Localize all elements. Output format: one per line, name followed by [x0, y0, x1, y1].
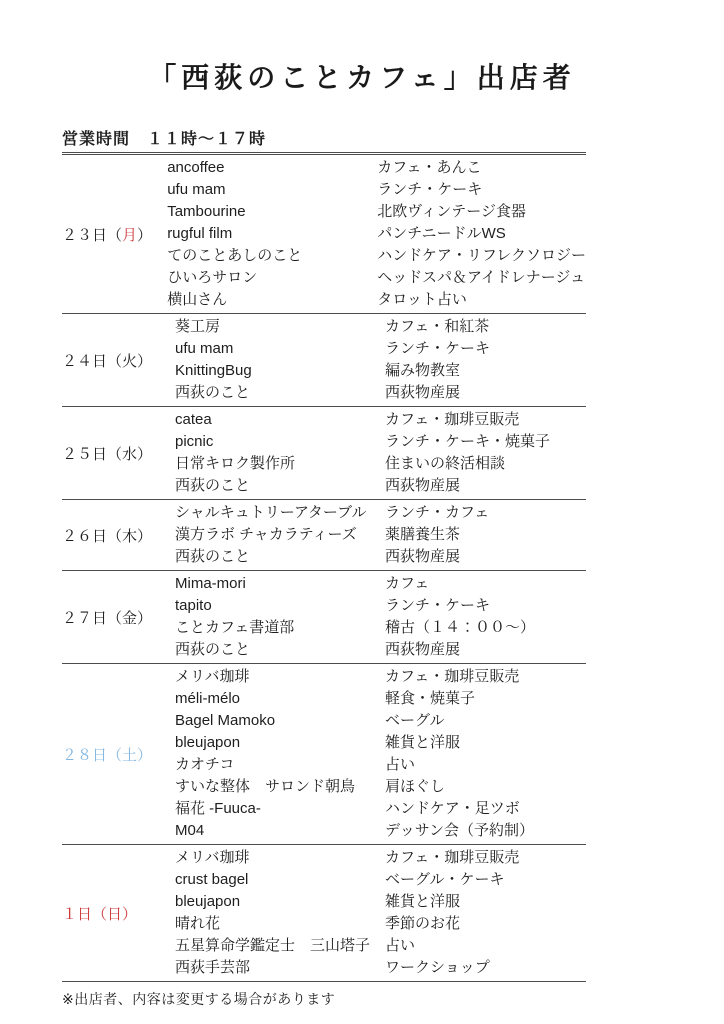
vendor-name: M04: [175, 820, 385, 842]
vendor-name: すいな整体 サロンド朝鳥: [175, 776, 385, 798]
vendor-name: 横山さん: [167, 289, 377, 311]
date-text: ）: [137, 528, 152, 545]
weekday-text: 金: [122, 610, 137, 627]
table-row: bleujapon雑貨と洋服: [175, 891, 586, 913]
vendor-name: 西荻のこと: [175, 382, 385, 404]
weekday-text: 水: [122, 446, 137, 463]
table-row: M04デッサン会（予約制）: [175, 820, 586, 842]
vendor-description: 肩ほぐし: [385, 776, 586, 798]
vendor-description: 軽食・焼菓子: [385, 688, 586, 710]
weekday-text: 月: [122, 227, 137, 244]
vendor-description: ハンドケア・足ツボ: [385, 798, 586, 820]
vendor-description: カフェ・和紅茶: [385, 316, 586, 338]
table-row: 晴れ花季節のお花: [175, 913, 586, 935]
vendor-name: Bagel Mamoko: [175, 710, 385, 732]
table-row: 西荻のこと西荻物産展: [175, 546, 586, 568]
vendor-name: 西荻のこと: [175, 475, 385, 497]
vendor-name: 葵工房: [175, 316, 385, 338]
schedule-table: ２３日（月） ancoffeeカフェ・あんこufu mamランチ・ケーキTamb…: [62, 155, 586, 982]
date-text: ）: [122, 906, 137, 923]
date-cell: １日（日）: [62, 847, 175, 979]
table-row: picnicランチ・ケーキ・焼菓子: [175, 431, 586, 453]
vendor-description: ランチ・ケーキ: [385, 338, 586, 360]
vendor-name: KnittingBug: [175, 360, 385, 382]
vendor-description: カフェ・珈琲豆販売: [385, 409, 586, 431]
table-row: メリバ珈琲カフェ・珈琲豆販売: [175, 847, 586, 869]
vendor-name: Tambourine: [167, 201, 377, 223]
vendor-description: ヘッドスパ＆アイドレナージュ: [377, 267, 586, 289]
vendor-name: picnic: [175, 431, 385, 453]
table-row: cateaカフェ・珈琲豆販売: [175, 409, 586, 431]
vendor-description: 季節のお花: [385, 913, 586, 935]
vendor-description: 薬膳養生茶: [385, 524, 586, 546]
vendor-description: 雑貨と洋服: [385, 891, 586, 913]
vendor-description: カフェ・珈琲豆販売: [385, 666, 586, 688]
vendor-name: crust bagel: [175, 869, 385, 891]
vendor-description: 稽古（１４：００〜）: [385, 617, 586, 639]
footnote: ※出店者、内容は変更する場合があります: [62, 989, 586, 1009]
vendor-description: タロット占い: [377, 289, 586, 311]
table-row: ancoffeeカフェ・あんこ: [167, 157, 586, 179]
vendor-name: 五星算命学鑑定士 三山塔子: [175, 935, 385, 957]
weekday-text: 日: [107, 906, 122, 923]
weekday-text: 火: [122, 353, 137, 370]
vendor-name: ancoffee: [167, 157, 377, 179]
date-text: ２５日（: [62, 446, 122, 463]
table-row: bleujapon雑貨と洋服: [175, 732, 586, 754]
table-row: メリバ珈琲カフェ・珈琲豆販売: [175, 666, 586, 688]
date-text: １日（: [62, 906, 107, 923]
date-text: ）: [137, 227, 152, 244]
business-hours-label: 営業時間 １１時〜１７時: [62, 126, 586, 155]
table-row: Mima-moriカフェ: [175, 573, 586, 595]
date-text: ２７日（: [62, 610, 122, 627]
day-section: ２７日（金） Mima-moriカフェtapitoランチ・ケーキことカフェ書道部…: [62, 571, 586, 664]
vendor-description: カフェ・珈琲豆販売: [385, 847, 586, 869]
date-cell: ２３日（月）: [62, 157, 167, 311]
vendor-description: 北欧ヴィンテージ食器: [377, 201, 586, 223]
vendor-description: 住まいの終活相談: [385, 453, 586, 475]
date-label: ２７日（金）: [62, 607, 152, 628]
document-page: 「西荻のことカフェ」出店者 営業時間 １１時〜１７時 ２３日（月） ancoff…: [0, 0, 724, 1024]
table-row: 五星算命学鑑定士 三山塔子占い: [175, 935, 586, 957]
table-row: 日常キロク製作所住まいの終活相談: [175, 453, 586, 475]
date-text: ２８日（: [62, 747, 122, 764]
vendor-rows: メリバ珈琲カフェ・珈琲豆販売méli-mélo軽食・焼菓子Bagel Mamok…: [175, 666, 586, 842]
vendor-name: 福花 -Fuuca-: [175, 798, 385, 820]
date-label: ２３日（月）: [62, 224, 152, 245]
table-row: KnittingBug編み物教室: [175, 360, 586, 382]
vendor-rows: シャルキュトリーアターブルランチ・カフェ漢方ラボ チャカラティーズ薬膳養生茶西荻…: [175, 502, 586, 568]
date-label: ２６日（木）: [62, 525, 152, 546]
table-row: rugful filmパンチニードルWS: [167, 223, 586, 245]
vendor-name: 晴れ花: [175, 913, 385, 935]
table-row: ことカフェ書道部稽古（１４：００〜）: [175, 617, 586, 639]
date-cell: ２７日（金）: [62, 573, 175, 661]
vendor-name: tapito: [175, 595, 385, 617]
date-cell: ２４日（火）: [62, 316, 175, 404]
table-row: ufu mamランチ・ケーキ: [175, 338, 586, 360]
vendor-name: bleujapon: [175, 732, 385, 754]
vendor-rows: cateaカフェ・珈琲豆販売picnicランチ・ケーキ・焼菓子日常キロク製作所住…: [175, 409, 586, 497]
vendor-name: カオチコ: [175, 754, 385, 776]
content-area: 営業時間 １１時〜１７時 ２３日（月） ancoffeeカフェ・あんこufu m…: [62, 126, 586, 1009]
date-text: ）: [137, 353, 152, 370]
table-row: 漢方ラボ チャカラティーズ薬膳養生茶: [175, 524, 586, 546]
vendor-description: 編み物教室: [385, 360, 586, 382]
vendor-description: 雑貨と洋服: [385, 732, 586, 754]
vendor-name: 西荻手芸部: [175, 957, 385, 979]
vendor-name: ひいろサロン: [167, 267, 377, 289]
vendor-name: メリバ珈琲: [175, 666, 385, 688]
table-row: 西荻手芸部ワークショップ: [175, 957, 586, 979]
vendor-description: 西荻物産展: [385, 639, 586, 661]
vendor-description: 西荻物産展: [385, 382, 586, 404]
table-row: tapitoランチ・ケーキ: [175, 595, 586, 617]
table-row: Tambourine北欧ヴィンテージ食器: [167, 201, 586, 223]
vendor-rows: ancoffeeカフェ・あんこufu mamランチ・ケーキTambourine北…: [167, 157, 586, 311]
vendor-rows: 葵工房カフェ・和紅茶ufu mamランチ・ケーキKnittingBug編み物教室…: [175, 316, 586, 404]
day-section: ２５日（水） cateaカフェ・珈琲豆販売picnicランチ・ケーキ・焼菓子日常…: [62, 407, 586, 500]
vendor-description: カフェ: [385, 573, 586, 595]
vendor-name: 漢方ラボ チャカラティーズ: [175, 524, 385, 546]
vendor-name: メリバ珈琲: [175, 847, 385, 869]
table-row: ufu mamランチ・ケーキ: [167, 179, 586, 201]
vendor-name: 西荻のこと: [175, 639, 385, 661]
table-row: méli-mélo軽食・焼菓子: [175, 688, 586, 710]
vendor-name: méli-mélo: [175, 688, 385, 710]
table-row: すいな整体 サロンド朝鳥肩ほぐし: [175, 776, 586, 798]
date-cell: ２６日（木）: [62, 502, 175, 568]
vendor-description: 占い: [385, 935, 586, 957]
weekday-text: 木: [122, 528, 137, 545]
vendor-description: 西荻物産展: [385, 475, 586, 497]
vendor-name: ことカフェ書道部: [175, 617, 385, 639]
date-label: ２８日（土）: [62, 744, 152, 765]
table-row: 西荻のこと西荻物産展: [175, 475, 586, 497]
date-text: ）: [137, 747, 152, 764]
vendor-name: 西荻のこと: [175, 546, 385, 568]
table-row: てのことあしのことハンドケア・リフレクソロジー: [167, 245, 586, 267]
table-row: 葵工房カフェ・和紅茶: [175, 316, 586, 338]
table-row: ひいろサロンヘッドスパ＆アイドレナージュ: [167, 267, 586, 289]
vendor-description: ベーグル: [385, 710, 586, 732]
vendor-rows: Mima-moriカフェtapitoランチ・ケーキことカフェ書道部稽古（１４：０…: [175, 573, 586, 661]
date-text: ）: [137, 446, 152, 463]
table-row: crust bagelベーグル・ケーキ: [175, 869, 586, 891]
table-row: カオチコ占い: [175, 754, 586, 776]
date-label: ２４日（火）: [62, 350, 152, 371]
table-row: 福花 -Fuuca-ハンドケア・足ツボ: [175, 798, 586, 820]
vendor-name: 日常キロク製作所: [175, 453, 385, 475]
vendor-description: ベーグル・ケーキ: [385, 869, 586, 891]
date-text: ２３日（: [62, 227, 122, 244]
day-section: ２３日（月） ancoffeeカフェ・あんこufu mamランチ・ケーキTamb…: [62, 155, 586, 314]
vendor-name: てのことあしのこと: [167, 245, 377, 267]
date-label: １日（日）: [62, 903, 137, 924]
day-section: ２６日（木） シャルキュトリーアターブルランチ・カフェ漢方ラボ チャカラティーズ…: [62, 500, 586, 571]
day-section: ２８日（土） メリバ珈琲カフェ・珈琲豆販売méli-mélo軽食・焼菓子Bage…: [62, 664, 586, 845]
vendor-description: ランチ・カフェ: [385, 502, 586, 524]
vendor-description: 西荻物産展: [385, 546, 586, 568]
weekday-text: 土: [122, 747, 137, 764]
table-row: シャルキュトリーアターブルランチ・カフェ: [175, 502, 586, 524]
vendor-description: ハンドケア・リフレクソロジー: [377, 245, 586, 267]
day-section: １日（日） メリバ珈琲カフェ・珈琲豆販売crust bagelベーグル・ケーキb…: [62, 845, 586, 982]
vendor-description: ランチ・ケーキ: [377, 179, 586, 201]
table-row: Bagel Mamokoベーグル: [175, 710, 586, 732]
date-cell: ２８日（土）: [62, 666, 175, 842]
vendor-name: Mima-mori: [175, 573, 385, 595]
date-text: ２４日（: [62, 353, 122, 370]
table-row: 横山さんタロット占い: [167, 289, 586, 311]
vendor-name: ufu mam: [167, 179, 377, 201]
vendor-description: ワークショップ: [385, 957, 586, 979]
vendor-description: パンチニードルWS: [377, 223, 586, 245]
vendor-description: ランチ・ケーキ: [385, 595, 586, 617]
page-title: 「西荻のことカフェ」出店者: [0, 0, 724, 96]
date-text: ２６日（: [62, 528, 122, 545]
date-text: ）: [137, 610, 152, 627]
date-label: ２５日（水）: [62, 443, 152, 464]
vendor-description: ランチ・ケーキ・焼菓子: [385, 431, 586, 453]
vendor-name: bleujapon: [175, 891, 385, 913]
table-row: 西荻のこと西荻物産展: [175, 639, 586, 661]
vendor-rows: メリバ珈琲カフェ・珈琲豆販売crust bagelベーグル・ケーキbleujap…: [175, 847, 586, 979]
day-section: ２４日（火） 葵工房カフェ・和紅茶ufu mamランチ・ケーキKnittingB…: [62, 314, 586, 407]
vendor-name: シャルキュトリーアターブル: [175, 502, 385, 524]
vendor-name: catea: [175, 409, 385, 431]
vendor-description: 占い: [385, 754, 586, 776]
table-row: 西荻のこと西荻物産展: [175, 382, 586, 404]
date-cell: ２５日（水）: [62, 409, 175, 497]
vendor-description: デッサン会（予約制）: [385, 820, 586, 842]
vendor-name: ufu mam: [175, 338, 385, 360]
vendor-description: カフェ・あんこ: [377, 157, 586, 179]
vendor-name: rugful film: [167, 223, 377, 245]
